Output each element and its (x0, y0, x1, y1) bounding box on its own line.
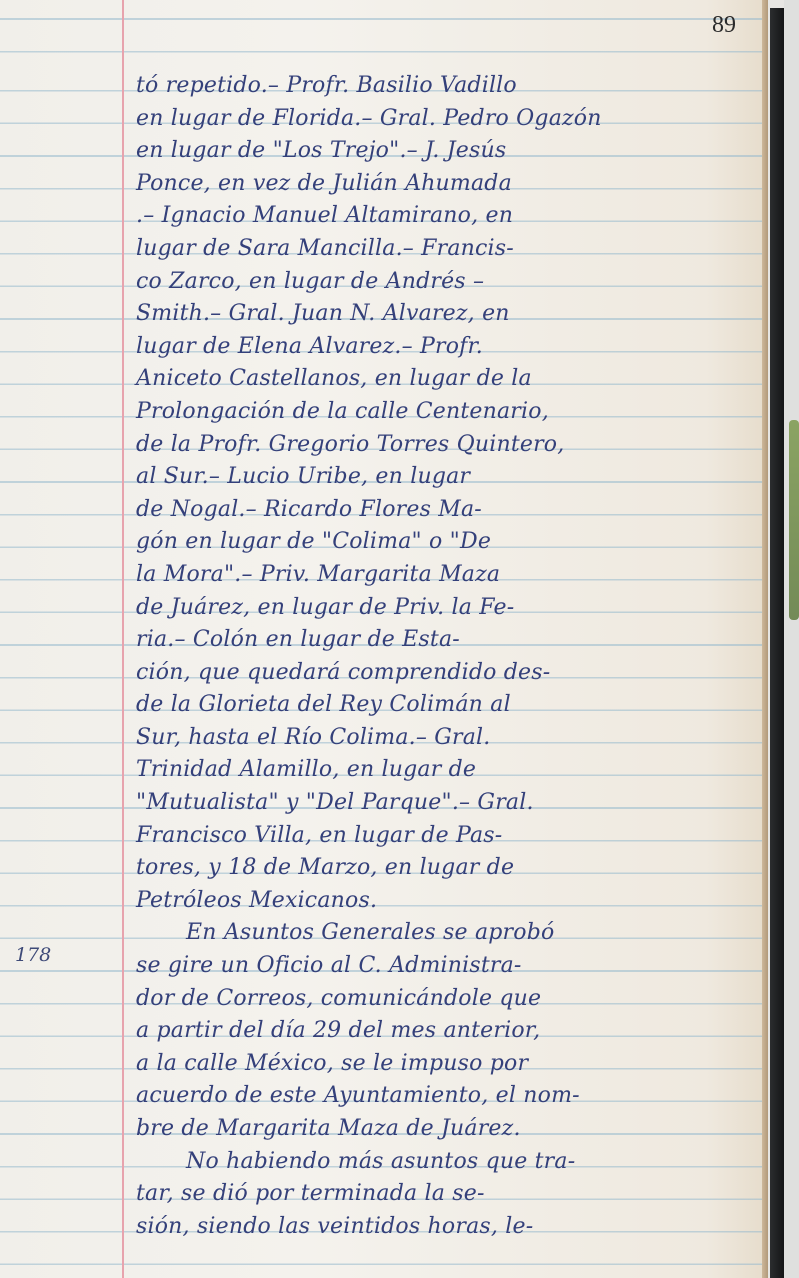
paragraph-start-line: En Asuntos Generales se aprobó (136, 917, 764, 950)
margin-note-number: 178 (15, 944, 51, 966)
text-line: Aniceto Castellanos, en lugar de la (136, 363, 764, 396)
text-line: a la calle México, se le impuso por (136, 1048, 764, 1081)
margin-line (122, 0, 124, 1278)
text-line: Prolongación de la calle Centenario, (136, 396, 764, 429)
text-line: Trinidad Alamillo, en lugar de (136, 754, 764, 787)
book-binding (770, 8, 784, 1278)
text-line: ción, que quedará comprendido des- (136, 657, 764, 690)
text-line: .– Ignacio Manuel Altamirano, en (136, 200, 764, 233)
text-line: gón en lugar de "Colima" o "De (136, 526, 764, 559)
text-line: co Zarco, en lugar de Andrés – (136, 266, 764, 299)
text-line: Ponce, en vez de Julián Ahumada (136, 168, 764, 201)
text-line: ria.– Colón en lugar de Esta- (136, 624, 764, 657)
text-line: la Mora".– Priv. Margarita Maza (136, 559, 764, 592)
text-line: Francisco Villa, en lugar de Pas- (136, 820, 764, 853)
text-line: de la Glorieta del Rey Colimán al (136, 689, 764, 722)
text-line: al Sur.– Lucio Uribe, en lugar (136, 461, 764, 494)
text-line: a partir del día 29 del mes anterior, (136, 1015, 764, 1048)
text-line: de Nogal.– Ricardo Flores Ma- (136, 494, 764, 527)
text-line: tar, se dió por terminada la se- (136, 1178, 764, 1211)
text-line: bre de Margarita Maza de Juárez. (136, 1113, 764, 1146)
text-line: Sur, hasta el Río Colima.– Gral. (136, 722, 764, 755)
text-line: en lugar de "Los Trejo".– J. Jesús (136, 135, 764, 168)
text-line: en lugar de Florida.– Gral. Pedro Ogazón (136, 103, 764, 136)
plant-leaf-edge (789, 420, 799, 620)
ledger-page: 89 178 tó repetido.– Profr. Basilio Vadi… (0, 0, 768, 1278)
text-line: lugar de Sara Mancilla.– Francis- (136, 233, 764, 266)
text-line: de la Profr. Gregorio Torres Quintero, (136, 429, 764, 462)
page-number: 89 (712, 12, 736, 39)
text-line: de Juárez, en lugar de Priv. la Fe- (136, 592, 764, 625)
text-line: se gire un Oficio al C. Administra- (136, 950, 764, 983)
paragraph-start-line: No habiendo más asuntos que tra- (136, 1146, 764, 1179)
text-line: lugar de Elena Alvarez.– Profr. (136, 331, 764, 364)
background-surface (784, 0, 799, 1278)
text-line: "Mutualista" y "Del Parque".– Gral. (136, 787, 764, 820)
text-line: acuerdo de este Ayuntamiento, el nom- (136, 1080, 764, 1113)
text-line: tó repetido.– Profr. Basilio Vadillo (136, 70, 764, 103)
text-line: Smith.– Gral. Juan N. Alvarez, en (136, 298, 764, 331)
text-line: sión, siendo las veintidos horas, le- (136, 1211, 764, 1244)
text-line: Petróleos Mexicanos. (136, 885, 764, 918)
handwritten-text: tó repetido.– Profr. Basilio Vadillo en … (136, 70, 764, 1243)
text-line: dor de Correos, comunicándole que (136, 983, 764, 1016)
text-line: tores, y 18 de Marzo, en lugar de (136, 852, 764, 885)
